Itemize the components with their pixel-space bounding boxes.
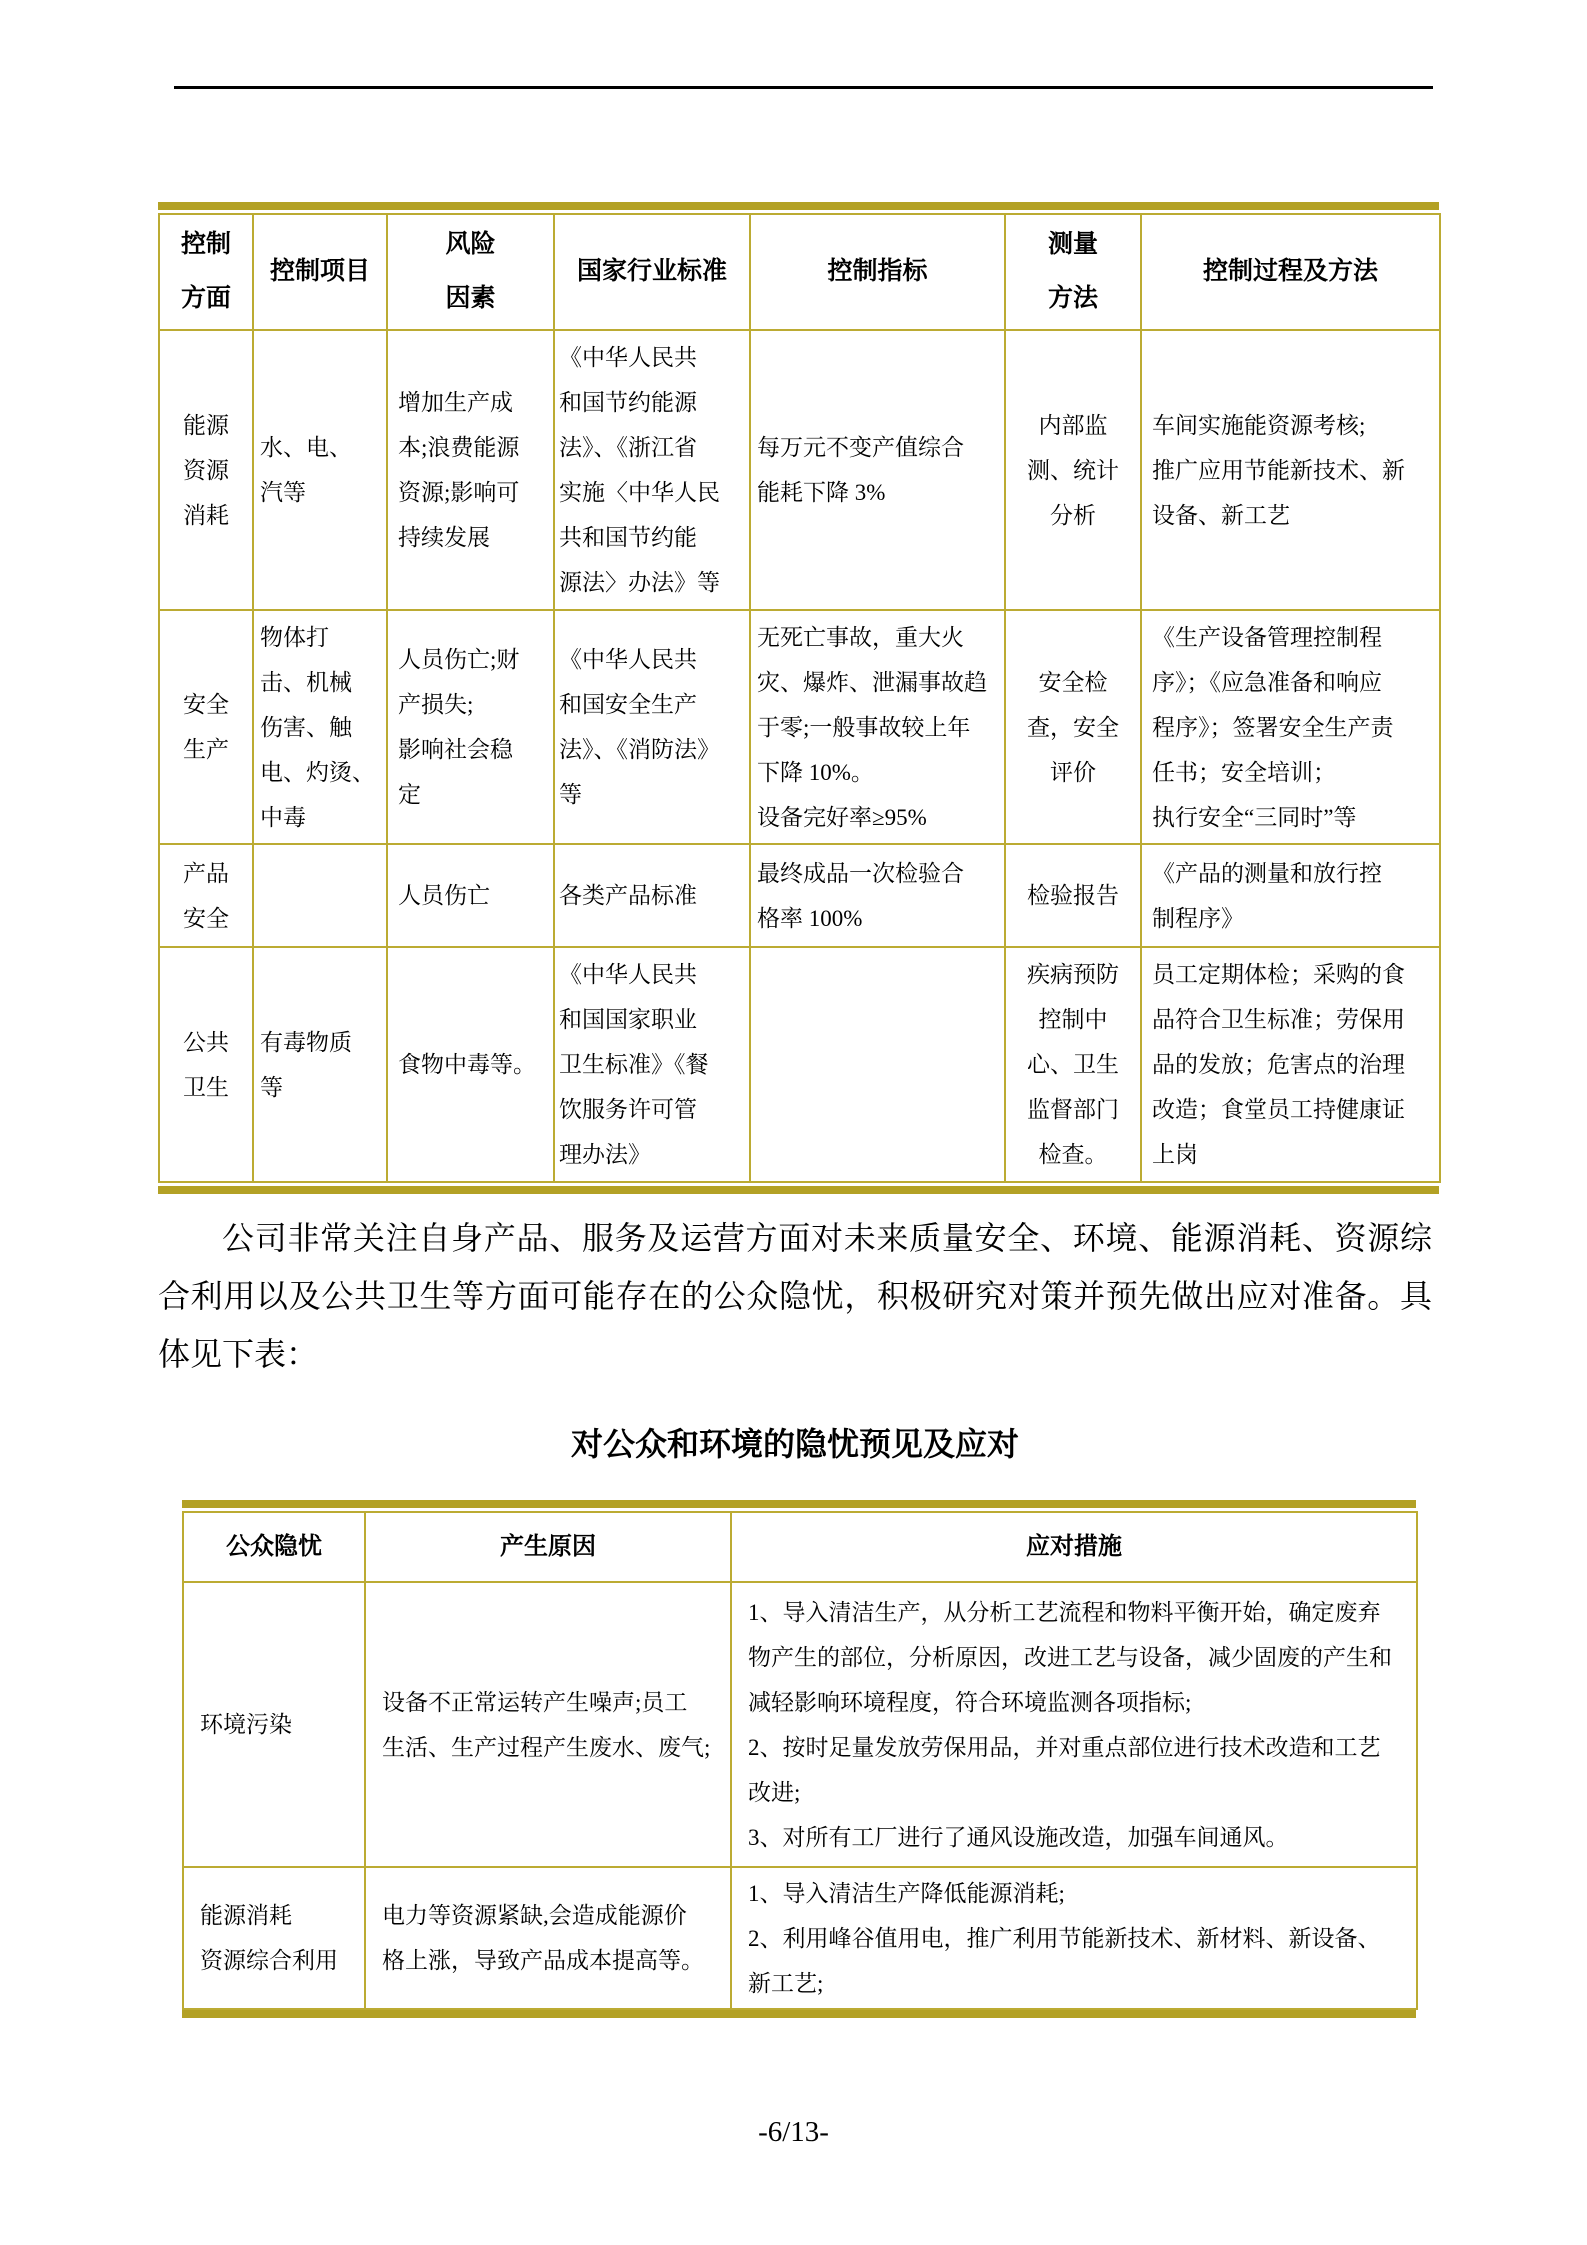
table-header-row: 控制 方面 控制项目 风险 因素 国家行业标准 控制指标 测量 方法 控制过程及… xyxy=(159,214,1440,330)
table-row: 安全 生产 物体打 击、机械 伤害、触 电、灼烫、 中毒 人员伤亡;财 产损失;… xyxy=(159,610,1440,844)
table-row: 产品 安全 人员伤亡 各类产品标准 最终成品一次检验合 格率 100% 检验报告… xyxy=(159,844,1440,947)
table-cell: 《中华人民共 和国安全生产 法》、《消防法》 等 xyxy=(554,610,750,844)
table-row: 公共 卫生 有毒物质 等 食物中毒等。 《中华人民共 和国国家职业 卫生标准》《… xyxy=(159,947,1440,1182)
table-cell: 人员伤亡;财 产损失; 影响社会稳 定 xyxy=(387,610,554,844)
column-header: 应对措施 xyxy=(731,1512,1417,1582)
public-concerns-grid: 公众隐忧 产生原因 应对措施 环境污染 设备不正常运转产生噪声;员工 生活、生产… xyxy=(182,1511,1418,2010)
table-row: 能源 资源 消耗 水、电、 汽等 增加生产成 本;浪费能源 资源;影响可 持续发… xyxy=(159,330,1440,610)
table-cell xyxy=(750,947,1005,1182)
table-cell: 食物中毒等。 xyxy=(387,947,554,1182)
table-cell: 水、电、 汽等 xyxy=(253,330,387,610)
table-cell: 最终成品一次检验合 格率 100% xyxy=(750,844,1005,947)
table-header-row: 公众隐忧 产生原因 应对措施 xyxy=(183,1512,1417,1582)
column-header: 风险 因素 xyxy=(387,214,554,330)
table-cell: 1、导入清洁生产，从分析工艺流程和物料平衡开始，确定废弃 物产生的部位，分析原因… xyxy=(731,1582,1417,1867)
column-header: 公众隐忧 xyxy=(183,1512,365,1582)
table-cell xyxy=(253,844,387,947)
table-cell: 有毒物质 等 xyxy=(253,947,387,1182)
table-top-band xyxy=(182,1500,1416,1508)
table-cell: 设备不正常运转产生噪声;员工 生活、生产过程产生废水、废气; xyxy=(365,1582,731,1867)
table-cell: 物体打 击、机械 伤害、触 电、灼烫、 中毒 xyxy=(253,610,387,844)
table-cell: 1、导入清洁生产降低能源消耗; 2、利用峰谷值用电，推广利用节能新技术、新材料、… xyxy=(731,1867,1417,2009)
table-cell: 安全检 查，安全 评价 xyxy=(1005,610,1141,844)
table-cell: 《中华人民共 和国国家职业 卫生标准》《餐 饮服务许可管 理办法》 xyxy=(554,947,750,1182)
table-row: 能源消耗 资源综合利用 电力等资源紧缺,会造成能源价 格上涨，导致产品成本提高等… xyxy=(183,1867,1417,2009)
table-bottom-band xyxy=(182,2010,1416,2018)
table-cell: 公共 卫生 xyxy=(159,947,253,1182)
table-cell: 员工定期体检；采购的食 品符合卫生标准；劳保用 品的发放；危害点的治理 改造；食… xyxy=(1141,947,1440,1182)
column-header: 控制 方面 xyxy=(159,214,253,330)
column-header: 国家行业标准 xyxy=(554,214,750,330)
table-bottom-band xyxy=(158,1186,1439,1194)
table-cell: 《生产设备管理控制程 序》；《应急准备和响应 程序》；签署安全生产责 任书；安全… xyxy=(1141,610,1440,844)
risk-control-table: 控制 方面 控制项目 风险 因素 国家行业标准 控制指标 测量 方法 控制过程及… xyxy=(158,202,1439,1194)
intro-paragraph: 公司非常关注自身产品、服务及运营方面对未来质量安全、环境、能源消耗、资源综合利用… xyxy=(158,1209,1432,1383)
table-cell: 内部监 测、统计 分析 xyxy=(1005,330,1141,610)
column-header: 控制指标 xyxy=(750,214,1005,330)
table-cell: 车间实施能资源考核; 推广应用节能新技术、新 设备、新工艺 xyxy=(1141,330,1440,610)
table-cell: 《产品的测量和放行控 制程序》 xyxy=(1141,844,1440,947)
table-cell: 检验报告 xyxy=(1005,844,1141,947)
table-row: 环境污染 设备不正常运转产生噪声;员工 生活、生产过程产生废水、废气; 1、导入… xyxy=(183,1582,1417,1867)
page-number: -6/13- xyxy=(0,2112,1587,2152)
table-cell: 产品 安全 xyxy=(159,844,253,947)
column-header: 控制过程及方法 xyxy=(1141,214,1440,330)
document-page: 控制 方面 控制项目 风险 因素 国家行业标准 控制指标 测量 方法 控制过程及… xyxy=(0,0,1587,2245)
table-cell: 电力等资源紧缺,会造成能源价 格上涨，导致产品成本提高等。 xyxy=(365,1867,731,2009)
table-cell: 安全 生产 xyxy=(159,610,253,844)
table-top-band xyxy=(158,202,1439,210)
column-header: 测量 方法 xyxy=(1005,214,1141,330)
table-cell: 《中华人民共 和国节约能源 法》、《浙江省 实施〈中华人民 共和国节约能 源法〉… xyxy=(554,330,750,610)
table-cell: 能源 资源 消耗 xyxy=(159,330,253,610)
table-title: 对公众和环境的隐忧预见及应对 xyxy=(158,1424,1432,1464)
column-header: 控制项目 xyxy=(253,214,387,330)
table-cell: 疾病预防 控制中 心、卫生 监督部门 检查。 xyxy=(1005,947,1141,1182)
table-cell: 每万元不变产值综合 能耗下降 3% xyxy=(750,330,1005,610)
table-cell: 增加生产成 本;浪费能源 资源;影响可 持续发展 xyxy=(387,330,554,610)
header-rule xyxy=(174,86,1433,89)
column-header: 产生原因 xyxy=(365,1512,731,1582)
risk-control-grid: 控制 方面 控制项目 风险 因素 国家行业标准 控制指标 测量 方法 控制过程及… xyxy=(158,213,1441,1183)
table-cell: 人员伤亡 xyxy=(387,844,554,947)
table-cell: 环境污染 xyxy=(183,1582,365,1867)
table-cell: 能源消耗 资源综合利用 xyxy=(183,1867,365,2009)
table-cell: 无死亡事故，重大火 灾、爆炸、泄漏事故趋 于零;一般事故较上年 下降 10%。 … xyxy=(750,610,1005,844)
table-cell: 各类产品标准 xyxy=(554,844,750,947)
public-concerns-table: 公众隐忧 产生原因 应对措施 环境污染 设备不正常运转产生噪声;员工 生活、生产… xyxy=(182,1500,1416,2018)
